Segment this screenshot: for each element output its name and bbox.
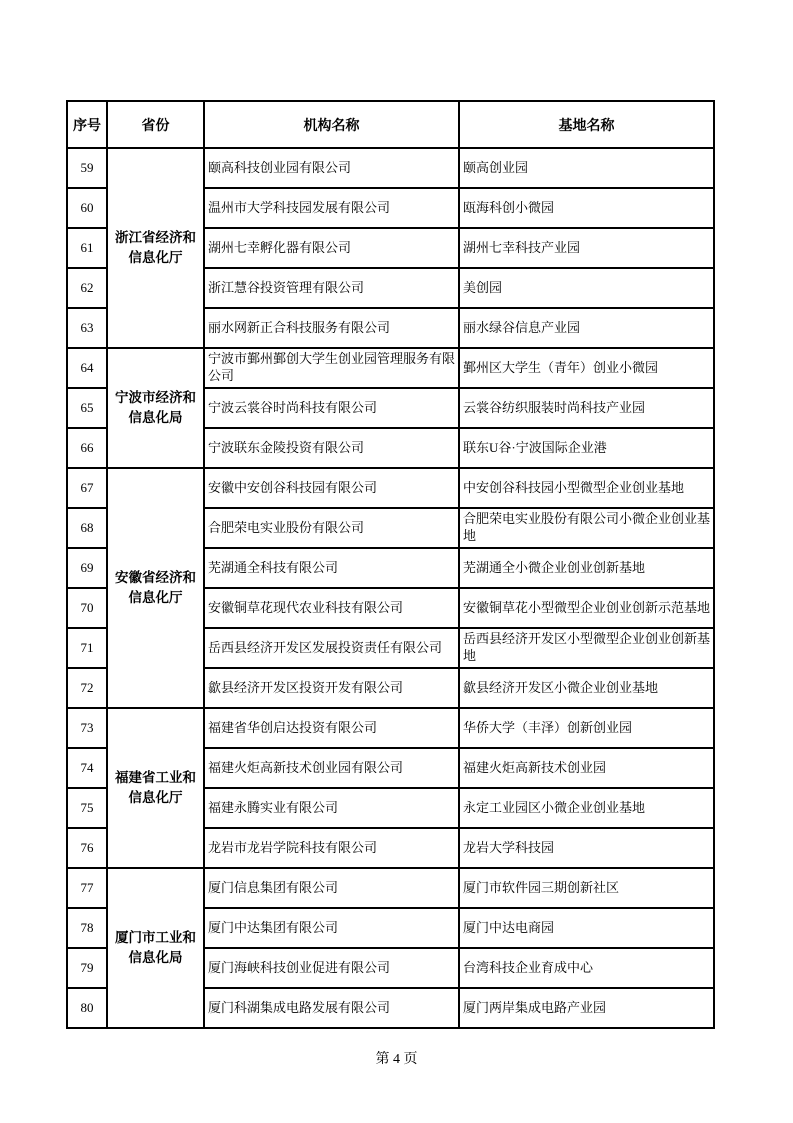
organization-name-cell: 宁波云裳谷时尚科技有限公司 bbox=[204, 388, 459, 428]
base-name-cell: 鄞州区大学生（青年）创业小微园 bbox=[459, 348, 714, 388]
header-col-no: 序号 bbox=[67, 101, 107, 148]
table-row: 59浙江省经济和 信息化厅颐高科技创业园有限公司颐高创业园 bbox=[67, 148, 714, 188]
organization-name-cell: 福建永腾实业有限公司 bbox=[204, 788, 459, 828]
organization-name-cell: 宁波市鄞州鄞创大学生创业园管理服务有限公司 bbox=[204, 348, 459, 388]
base-name-cell: 颐高创业园 bbox=[459, 148, 714, 188]
table-row: 77厦门市工业和 信息化局厦门信息集团有限公司厦门市软件园三期创新社区 bbox=[67, 868, 714, 908]
organization-name-cell: 芜湖通全科技有限公司 bbox=[204, 548, 459, 588]
organization-name-cell: 厦门海峡科技创业促进有限公司 bbox=[204, 948, 459, 988]
row-number-cell: 76 bbox=[67, 828, 107, 868]
organization-name-cell: 福建火炬高新技术创业园有限公司 bbox=[204, 748, 459, 788]
table-container: 序号 省份 机构名称 基地名称 59浙江省经济和 信息化厅颐高科技创业园有限公司… bbox=[66, 100, 715, 1029]
base-name-cell: 厦门中达电商园 bbox=[459, 908, 714, 948]
base-name-cell: 合肥荣电实业股份有限公司小微企业创业基地 bbox=[459, 508, 714, 548]
base-name-cell: 歙县经济开发区小微企业创业基地 bbox=[459, 668, 714, 708]
row-number-cell: 71 bbox=[67, 628, 107, 668]
row-number-cell: 79 bbox=[67, 948, 107, 988]
organization-name-cell: 安徽铜草花现代农业科技有限公司 bbox=[204, 588, 459, 628]
organization-name-cell: 湖州七幸孵化器有限公司 bbox=[204, 228, 459, 268]
organization-name-cell: 福建省华创启达投资有限公司 bbox=[204, 708, 459, 748]
base-name-cell: 岳西县经济开发区小型微型企业创业创新基地 bbox=[459, 628, 714, 668]
base-name-cell: 芜湖通全小微企业创业创新基地 bbox=[459, 548, 714, 588]
organization-name-cell: 安徽中安创谷科技园有限公司 bbox=[204, 468, 459, 508]
base-name-cell: 华侨大学（丰泽）创新创业园 bbox=[459, 708, 714, 748]
row-number-cell: 63 bbox=[67, 308, 107, 348]
row-number-cell: 65 bbox=[67, 388, 107, 428]
row-number-cell: 68 bbox=[67, 508, 107, 548]
base-name-cell: 安徽铜草花小型微型企业创业创新示范基地 bbox=[459, 588, 714, 628]
province-cell: 宁波市经济和 信息化局 bbox=[107, 348, 204, 468]
header-row: 序号 省份 机构名称 基地名称 bbox=[67, 101, 714, 148]
base-name-cell: 龙岩大学科技园 bbox=[459, 828, 714, 868]
row-number-cell: 61 bbox=[67, 228, 107, 268]
organization-name-cell: 颐高科技创业园有限公司 bbox=[204, 148, 459, 188]
base-name-cell: 厦门两岸集成电路产业园 bbox=[459, 988, 714, 1028]
base-name-cell: 瓯海科创小微园 bbox=[459, 188, 714, 228]
row-number-cell: 74 bbox=[67, 748, 107, 788]
row-number-cell: 59 bbox=[67, 148, 107, 188]
base-name-cell: 中安创谷科技园小型微型企业创业基地 bbox=[459, 468, 714, 508]
row-number-cell: 60 bbox=[67, 188, 107, 228]
organization-name-cell: 合肥荣电实业股份有限公司 bbox=[204, 508, 459, 548]
base-name-cell: 联东U谷·宁波国际企业港 bbox=[459, 428, 714, 468]
organization-name-cell: 岳西县经济开发区发展投资责任有限公司 bbox=[204, 628, 459, 668]
page-number: 第 4 页 bbox=[0, 1048, 793, 1068]
base-name-cell: 湖州七幸科技产业园 bbox=[459, 228, 714, 268]
base-name-cell: 福建火炬高新技术创业园 bbox=[459, 748, 714, 788]
row-number-cell: 72 bbox=[67, 668, 107, 708]
row-number-cell: 62 bbox=[67, 268, 107, 308]
province-cell: 福建省工业和 信息化厅 bbox=[107, 708, 204, 868]
base-name-cell: 台湾科技企业育成中心 bbox=[459, 948, 714, 988]
organization-name-cell: 厦门中达集团有限公司 bbox=[204, 908, 459, 948]
base-name-cell: 云裳谷纺织服装时尚科技产业园 bbox=[459, 388, 714, 428]
row-number-cell: 67 bbox=[67, 468, 107, 508]
base-name-cell: 厦门市软件园三期创新社区 bbox=[459, 868, 714, 908]
header-col-base: 基地名称 bbox=[459, 101, 714, 148]
organization-name-cell: 浙江慧谷投资管理有限公司 bbox=[204, 268, 459, 308]
organization-name-cell: 龙岩市龙岩学院科技有限公司 bbox=[204, 828, 459, 868]
table-header: 序号 省份 机构名称 基地名称 bbox=[67, 101, 714, 148]
row-number-cell: 75 bbox=[67, 788, 107, 828]
organization-name-cell: 厦门信息集团有限公司 bbox=[204, 868, 459, 908]
approval-table: 序号 省份 机构名称 基地名称 59浙江省经济和 信息化厅颐高科技创业园有限公司… bbox=[66, 100, 715, 1029]
organization-name-cell: 宁波联东金陵投资有限公司 bbox=[204, 428, 459, 468]
table-row: 64宁波市经济和 信息化局宁波市鄞州鄞创大学生创业园管理服务有限公司鄞州区大学生… bbox=[67, 348, 714, 388]
organization-name-cell: 温州市大学科技园发展有限公司 bbox=[204, 188, 459, 228]
organization-name-cell: 丽水网新正合科技服务有限公司 bbox=[204, 308, 459, 348]
base-name-cell: 永定工业园区小微企业创业基地 bbox=[459, 788, 714, 828]
base-name-cell: 丽水绿谷信息产业园 bbox=[459, 308, 714, 348]
organization-name-cell: 厦门科湖集成电路发展有限公司 bbox=[204, 988, 459, 1028]
header-col-org: 机构名称 bbox=[204, 101, 459, 148]
document-page: 序号 省份 机构名称 基地名称 59浙江省经济和 信息化厅颐高科技创业园有限公司… bbox=[0, 0, 793, 1123]
province-cell: 厦门市工业和 信息化局 bbox=[107, 868, 204, 1028]
table-row: 67安徽省经济和 信息化厅安徽中安创谷科技园有限公司中安创谷科技园小型微型企业创… bbox=[67, 468, 714, 508]
province-cell: 安徽省经济和 信息化厅 bbox=[107, 468, 204, 708]
table-body: 59浙江省经济和 信息化厅颐高科技创业园有限公司颐高创业园60温州市大学科技园发… bbox=[67, 148, 714, 1028]
row-number-cell: 66 bbox=[67, 428, 107, 468]
base-name-cell: 美创园 bbox=[459, 268, 714, 308]
row-number-cell: 78 bbox=[67, 908, 107, 948]
header-col-province: 省份 bbox=[107, 101, 204, 148]
row-number-cell: 73 bbox=[67, 708, 107, 748]
row-number-cell: 80 bbox=[67, 988, 107, 1028]
row-number-cell: 70 bbox=[67, 588, 107, 628]
province-cell: 浙江省经济和 信息化厅 bbox=[107, 148, 204, 348]
row-number-cell: 69 bbox=[67, 548, 107, 588]
row-number-cell: 64 bbox=[67, 348, 107, 388]
organization-name-cell: 歙县经济开发区投资开发有限公司 bbox=[204, 668, 459, 708]
row-number-cell: 77 bbox=[67, 868, 107, 908]
table-row: 73福建省工业和 信息化厅福建省华创启达投资有限公司华侨大学（丰泽）创新创业园 bbox=[67, 708, 714, 748]
